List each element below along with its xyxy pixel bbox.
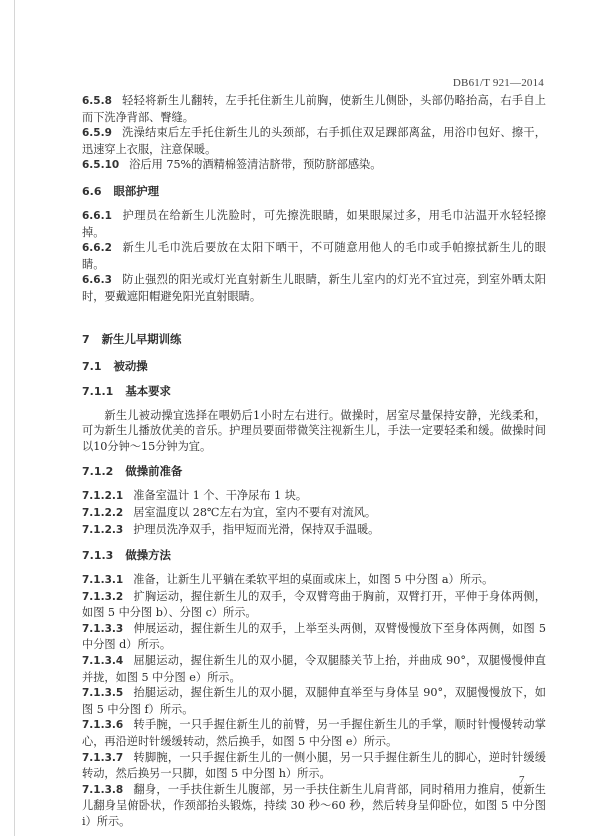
page-number: 7 <box>519 774 525 786</box>
clause-7-1-3-4: 7.1.3.4屈腿运动，握住新生儿的双小腿，令双腿膝关节上抬，并曲成 90°，双… <box>82 653 546 685</box>
heading-title: 做操前准备 <box>125 464 182 478</box>
heading-title: 眼部护理 <box>114 184 160 198</box>
clause-7-1-3-8: 7.1.3.8翻身，一手扶住新生儿腹部，另一手扶住新生儿肩背部，同时稍用力推肩，… <box>82 782 546 830</box>
clause-number: 7.1.2.2 <box>82 507 123 519</box>
clause-text: 新生儿毛巾洗后要放在太阳下晒干，不可随意用他人的毛巾或手帕擦拭新生儿的眼睛。 <box>82 241 546 271</box>
clause-text: 抬腿运动，握住新生儿的双小腿，双腿伸直举至与身体呈 90°，双腿慢慢放下，如图 … <box>82 686 546 716</box>
clause-number: 7.1.3.4 <box>82 655 123 667</box>
heading-7-1: 7.1被动操 <box>82 358 546 374</box>
document-body: 6.5.8轻轻将新生儿翻转，左手托住新生儿前胸，使新生儿侧卧，头部仍略抬高，右手… <box>82 93 546 830</box>
clause-text: 防止强烈的阳光或灯光直射新生儿眼睛，新生儿室内的灯光不宜过亮，到室外晒太阳时，要… <box>82 273 546 303</box>
clause-7-1-3-5: 7.1.3.5抬腿运动，握住新生儿的双小腿，双腿伸直举至与身体呈 90°，双腿慢… <box>82 685 546 717</box>
heading-title: 新生儿早期训练 <box>102 332 182 346</box>
clause-7-1-3-2: 7.1.3.2扩胸运动，握住新生儿的双手，令双臂弯曲于胸前，双臂打开，平伸于身体… <box>82 589 546 621</box>
clause-number: 7.1.3.8 <box>82 784 123 796</box>
clause-number: 7.1.3.1 <box>82 574 123 586</box>
clause-number: 7.1.2.3 <box>82 524 123 536</box>
heading-7-1-1: 7.1.1基本要求 <box>82 383 546 399</box>
clause-7-1-3-1: 7.1.3.1准备，让新生儿平躺在柔软平坦的桌面或床上，如图 5 中分图 a）所… <box>82 572 546 589</box>
clause-text: 准备，让新生儿平躺在柔软平坦的桌面或床上，如图 5 中分图 a）所示。 <box>133 573 493 586</box>
clause-6-6-3: 6.6.3防止强烈的阳光或灯光直射新生儿眼睛，新生儿室内的灯光不宜过亮，到室外晒… <box>82 272 546 304</box>
clause-7-1-2-2: 7.1.2.2居室温度以 28℃左右为宜，室内不要有对流风。 <box>82 505 546 522</box>
heading-number: 7 <box>82 333 90 346</box>
heading-number: 7.1.3 <box>82 549 113 562</box>
clause-number: 7.1.3.6 <box>82 719 123 731</box>
page-edge-line <box>14 0 15 836</box>
clause-7-1-3-3: 7.1.3.3伸展运动，握住新生儿的双手，上举至头两侧，双臂慢慢放下至身体两侧，… <box>82 621 546 653</box>
heading-title: 被动操 <box>114 359 148 373</box>
heading-7: 7新生儿早期训练 <box>82 331 546 347</box>
clause-6-6-2: 6.6.2新生儿毛巾洗后要放在太阳下晒干，不可随意用他人的毛巾或手帕擦拭新生儿的… <box>82 240 546 272</box>
clause-text: 浴后用 75%的酒精棉签清洁脐带，预防脐部感染。 <box>129 158 381 171</box>
clause-text: 屈腿运动，握住新生儿的双小腿，令双腿膝关节上抬，并曲成 90°，双腿慢慢伸直并拢… <box>82 654 546 684</box>
heading-title: 做操方法 <box>125 548 171 562</box>
clause-number: 6.6.2 <box>82 242 112 254</box>
heading-7-1-2: 7.1.2做操前准备 <box>82 463 546 479</box>
heading-number: 7.1 <box>82 360 102 373</box>
clause-text: 转脚腕，一只手握住新生儿的一侧小腿，另一只手握住新生儿的脚心，逆时针缓缓转动，然… <box>82 751 546 781</box>
paragraph-basic-requirements: 新生儿被动操宜选择在喂奶后1小时左右进行。做操时，居室尽量保持安静，光线柔和，可… <box>82 408 546 455</box>
clause-number: 6.6.3 <box>82 274 112 286</box>
clause-text: 转手腕，一只手握住新生儿的前臂，另一手握住新生儿的手掌，顺时针慢慢转动掌心，再沿… <box>82 718 546 748</box>
clause-number: 7.1.3.3 <box>82 623 123 635</box>
clause-7-1-2-3: 7.1.2.3护理员洗净双手，指甲短而光滑，保持双手温暖。 <box>82 522 546 539</box>
heading-number: 6.6 <box>82 185 102 198</box>
clause-number: 6.5.10 <box>82 159 119 171</box>
clause-number: 7.1.3.2 <box>82 591 123 603</box>
clause-6-5-9: 6.5.9洗澡结束后左手托住新生儿的头颈部，右手抓住双足踝部离盆，用浴巾包好、擦… <box>82 125 546 157</box>
heading-6-6: 6.6眼部护理 <box>82 183 546 199</box>
heading-title: 基本要求 <box>125 384 171 398</box>
clause-text: 护理员洗净双手，指甲短而光滑，保持双手温暖。 <box>133 523 379 536</box>
clause-6-5-10: 6.5.10浴后用 75%的酒精棉签清洁脐带，预防脐部感染。 <box>82 157 546 174</box>
standard-code: DB61/T 921—2014 <box>453 77 544 89</box>
clause-text: 准备室温计 1 个、干净尿布 1 块。 <box>133 489 307 502</box>
clause-text: 居室温度以 28℃左右为宜，室内不要有对流风。 <box>133 506 376 519</box>
clause-6-5-8: 6.5.8轻轻将新生儿翻转，左手托住新生儿前胸，使新生儿侧卧，头部仍略抬高，右手… <box>82 93 546 125</box>
clause-7-1-3-6: 7.1.3.6转手腕，一只手握住新生儿的前臂，另一手握住新生儿的手掌，顺时针慢慢… <box>82 717 546 749</box>
clause-number: 7.1.3.5 <box>82 687 123 699</box>
clause-text: 翻身，一手扶住新生儿腹部，另一手扶住新生儿肩背部，同时稍用力推肩，使新生儿翻身呈… <box>82 783 546 828</box>
heading-number: 7.1.2 <box>82 465 113 478</box>
clause-number: 6.5.8 <box>82 95 112 107</box>
clause-7-1-3-7: 7.1.3.7转脚腕，一只手握住新生儿的一侧小腿，另一只手握住新生儿的脚心，逆时… <box>82 750 546 782</box>
clause-7-1-2-1: 7.1.2.1准备室温计 1 个、干净尿布 1 块。 <box>82 488 546 505</box>
clause-text: 轻轻将新生儿翻转，左手托住新生儿前胸，使新生儿侧卧，头部仍略抬高，右手自上而下洗… <box>82 94 546 124</box>
clause-text: 护理员在给新生儿洗脸时，可先擦洗眼睛，如果眼屎过多，用毛巾沾温开水轻轻擦掉。 <box>82 209 546 239</box>
clause-text: 洗澡结束后左手托住新生儿的头颈部，右手抓住双足踝部离盆，用浴巾包好、擦干，迅速穿… <box>82 126 546 156</box>
clause-number: 6.6.1 <box>82 210 112 222</box>
heading-7-1-3: 7.1.3做操方法 <box>82 547 546 563</box>
clause-number: 7.1.3.7 <box>82 752 123 764</box>
clause-text: 扩胸运动，握住新生儿的双手，令双臂弯曲于胸前，双臂打开，平伸于身体两侧，如图 5… <box>82 590 546 620</box>
clause-text: 伸展运动，握住新生儿的双手，上举至头两侧，双臂慢慢放下至身体两侧，如图 5 中分… <box>82 622 546 652</box>
heading-number: 7.1.1 <box>82 385 113 398</box>
clause-6-6-1: 6.6.1护理员在给新生儿洗脸时，可先擦洗眼睛，如果眼屎过多，用毛巾沾温开水轻轻… <box>82 208 546 240</box>
clause-number: 6.5.9 <box>82 127 112 139</box>
clause-number: 7.1.2.1 <box>82 490 123 502</box>
